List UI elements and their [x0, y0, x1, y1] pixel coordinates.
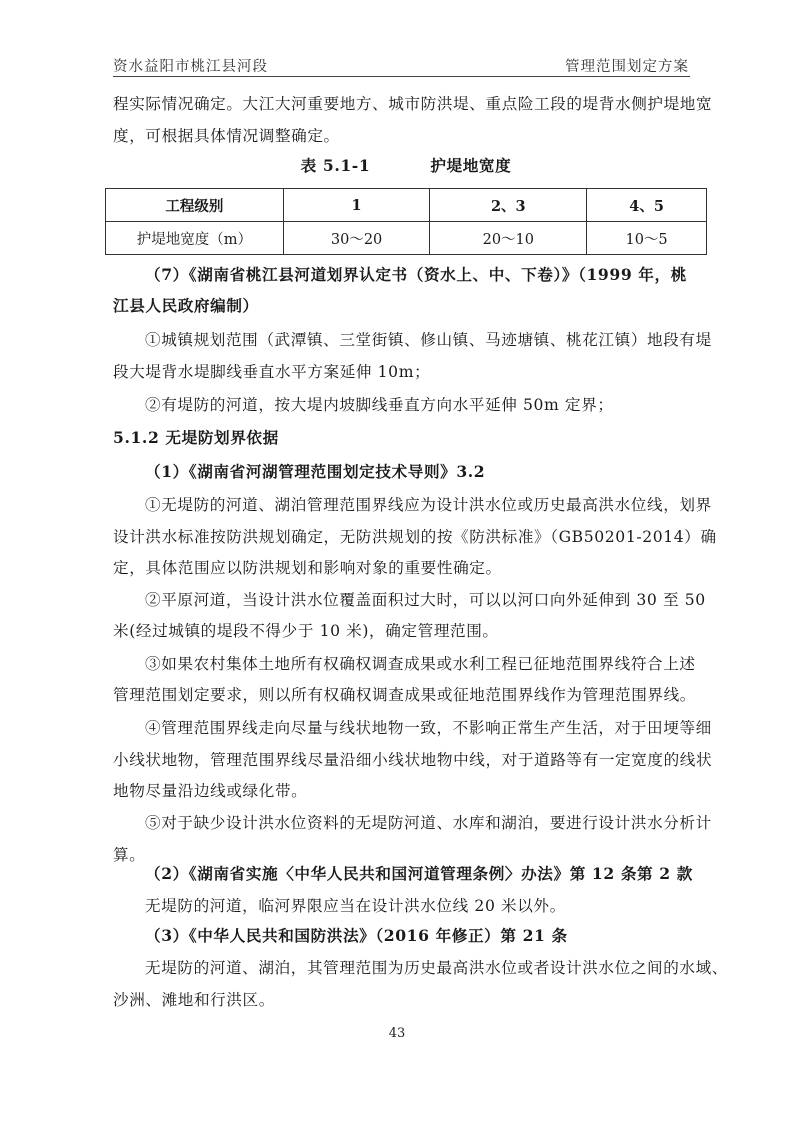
sub3-title: （3）《中华人民共和国防洪法》（2016 年修正）第 21 条	[145, 926, 699, 946]
sub1-p4-line-3: 地物尽量沿边线或绿化带。	[113, 781, 699, 801]
running-header-left: 资水益阳市桃江县河段	[113, 55, 268, 76]
sub2-title-text: （2）《湖南省实施〈中华人民共和国河道管理条例〉办法》第 12 条第 2 款	[113, 864, 693, 883]
table-row: 护堤地宽度（m） 30～20 20～10 10～5	[106, 222, 707, 255]
running-header-right: 管理范围划定方案	[565, 55, 689, 76]
sub1-p2-line-2: 米(经过城镇的堤段不得少于 10 米)，确定管理范围。	[113, 621, 699, 641]
sub1-p3-line-2: 管理范围划定要求，则以所有权确权调查成果或征地范围界线作为管理范围界线。	[113, 685, 699, 705]
item7-p1-line-1: ①城镇规划范围（武潭镇、三堂街镇、修山镇、马迹塘镇、桃花江镇）地段有堤	[145, 330, 699, 350]
table-header-cell: 4、5	[587, 189, 707, 222]
table-header-cell: 2、3	[430, 189, 587, 222]
table-cell: 10～5	[587, 222, 707, 255]
sub1-p4-line-2: 小线状地物，管理范围界线尽量沿细小线状地物中线，对于道路等有一定宽度的线状	[113, 750, 699, 770]
sub1-p5-line-2: 算。	[113, 845, 699, 865]
embankment-width-table: 工程级别 1 2、3 4、5 护堤地宽度（m） 30～20 20～10 10～5	[105, 188, 707, 255]
item7-title-line-1: （7）《湖南省桃江县河道划界认定书（资水上、中、下卷）》（1999 年，桃	[145, 265, 699, 285]
intro-line-2: 度，可根据具体情况调整确定。	[113, 126, 699, 146]
item7-title-line-2: 江县人民政府编制）	[113, 296, 699, 316]
header-rule	[113, 76, 690, 77]
section-heading: 5.1.2 无堤防划界依据	[113, 428, 699, 448]
intro-line-1: 程实际情况确定。大江大河重要地方、城市防洪堤、重点险工段的堤背水侧护堤地宽	[113, 94, 699, 114]
item7-p2: ②有堤防的河道，按大堤内坡脚线垂直方向水平延伸 50m 定界；	[145, 395, 699, 415]
table-header-cell: 1	[283, 189, 430, 222]
table-cell: 30～20	[283, 222, 430, 255]
sub1-p5-line-1: ⑤对于缺少设计洪水位资料的无堤防河道、水库和湖泊，要进行设计洪水分析计	[145, 813, 699, 833]
sub2-p1: 无堤防的河道，临河界限应当在设计洪水位线 20 米以外。	[145, 896, 699, 916]
sub1-p3-line-1: ③如果农村集体土地所有权确权调查成果或水利工程已征地范围界线符合上述	[145, 654, 699, 674]
sub1-title: （1）《湖南省河湖管理范围划定技术导则》3.2	[145, 462, 699, 482]
sub3-p1-line-1: 无堤防的河道、湖泊，其管理范围为历史最高洪水位或者设计洪水位之间的水域、	[145, 958, 699, 978]
table-header-row: 工程级别 1 2、3 4、5	[106, 189, 707, 222]
table-header-cell: 工程级别	[106, 189, 284, 222]
table-caption: 表 5.1-1护堤地宽度	[105, 156, 707, 176]
page-number: 43	[0, 1026, 794, 1041]
sub1-p1-line-1: ①无堤防的河道、湖泊管理范围界线应为设计洪水位或历史最高洪水位线，划界	[145, 495, 699, 515]
table-caption-title: 护堤地宽度	[430, 156, 511, 175]
item7-p1-line-2: 段大堤背水堤脚线垂直水平方案延伸 10m；	[113, 362, 699, 382]
table-cell: 20～10	[430, 222, 587, 255]
sub1-p1-line-2: 设计洪水标准按防洪规划确定，无防洪规划的按《防洪标准》（GB50201-2014…	[113, 527, 699, 547]
sub3-p1-line-2: 沙洲、滩地和行洪区。	[113, 990, 699, 1010]
sub2-title: （2）《湖南省实施〈中华人民共和国河道管理条例〉办法》第 12 条第 2 款	[113, 864, 699, 884]
sub1-p2-line-1: ②平原河道，当设计洪水位覆盖面积过大时，可以以河口向外延伸到 30 至 50	[145, 590, 699, 610]
sub1-p1-line-3: 定，具体范围应以防洪规划和影响对象的重要性确定。	[113, 558, 699, 578]
table-caption-number: 表 5.1-1	[301, 156, 371, 175]
table-cell: 护堤地宽度（m）	[106, 222, 284, 255]
sub1-p4-line-1: ④管理范围界线走向尽量与线状地物一致，不影响正常生产生活，对于田埂等细	[145, 718, 699, 738]
